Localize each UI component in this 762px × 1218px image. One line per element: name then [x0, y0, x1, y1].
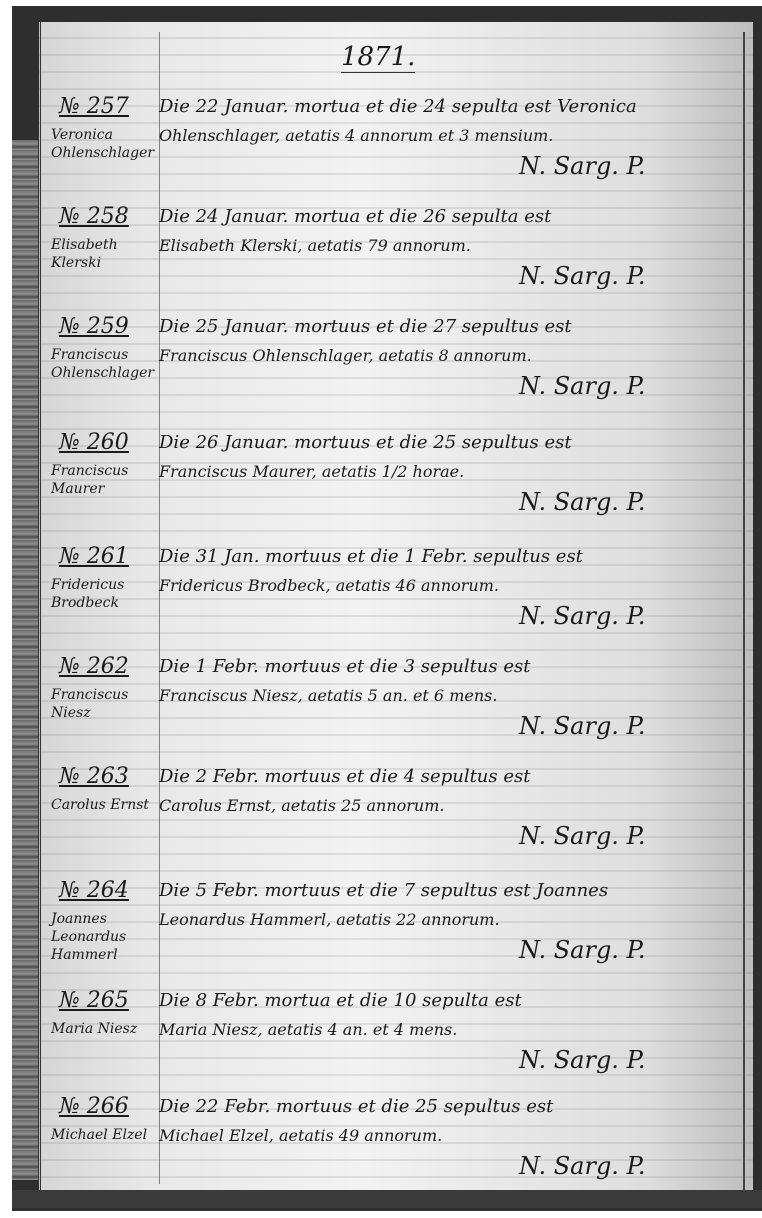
burial-entry: № 260 Die 26 Januar. mortuus et die 25 s…: [49, 430, 739, 530]
entry-signature: N. Sarg. P.: [519, 262, 645, 290]
burial-entry: № 263 Die 2 Febr. mortuus et die 4 sepul…: [49, 764, 739, 864]
burial-entry: № 266 Die 22 Febr. mortuus et die 25 sep…: [49, 1094, 739, 1194]
entry-line-1: Die 24 Januar. mortua et die 26 sepulta …: [159, 206, 551, 227]
burial-entry: № 261 Die 31 Jan. mortuus et die 1 Febr.…: [49, 544, 739, 644]
entry-line-2: Franciscus Maurer, aetatis 1/2 horae.: [159, 462, 464, 481]
entry-line-2: Leonardus Hammerl, aetatis 22 annorum.: [159, 910, 500, 929]
entry-line-2: Elisabeth Klerski, aetatis 79 annorum.: [159, 236, 471, 255]
entry-line-1: Die 25 Januar. mortuus et die 27 sepultu…: [159, 316, 572, 337]
entry-margin-name: Michael Elzel: [51, 1126, 151, 1144]
entry-line-1: Die 5 Febr. mortuus et die 7 sepultus es…: [159, 880, 608, 901]
entry-line-1: Die 22 Januar. mortua et die 24 sepulta …: [159, 96, 637, 117]
entry-line-1: Die 2 Febr. mortuus et die 4 sepultus es…: [159, 766, 530, 787]
entry-number: № 264: [59, 878, 129, 903]
entry-number: № 259: [59, 314, 129, 339]
entry-signature: N. Sarg. P.: [519, 372, 645, 400]
entry-margin-name: Joannes Leonardus Hammerl: [51, 910, 151, 964]
entry-line-2: Fridericus Brodbeck, aetatis 46 annorum.: [159, 576, 499, 595]
scan-bottom-edge: [12, 1190, 762, 1208]
entry-line-2: Ohlenschlager, aetatis 4 annorum et 3 me…: [159, 126, 553, 145]
entry-signature: N. Sarg. P.: [519, 488, 645, 516]
entry-number: № 263: [59, 764, 129, 789]
entry-line-2: Franciscus Ohlenschlager, aetatis 8 anno…: [159, 346, 532, 365]
entry-margin-name: Maria Niesz: [51, 1020, 151, 1038]
burial-entry: № 262 Die 1 Febr. mortuus et die 3 sepul…: [49, 654, 739, 754]
burial-entry: № 258 Die 24 Januar. mortua et die 26 se…: [49, 204, 739, 304]
entry-signature: N. Sarg. P.: [519, 1046, 645, 1074]
entry-number: № 265: [59, 988, 129, 1013]
register-page: 1871. № 257 Die 22 Januar. mortua et die…: [38, 22, 753, 1194]
entry-number: № 258: [59, 204, 129, 229]
entry-margin-name: Franciscus Ohlenschlager: [51, 346, 151, 382]
entry-line-2: Franciscus Niesz, aetatis 5 an. et 6 men…: [159, 686, 497, 705]
burial-entry: № 257 Die 22 Januar. mortua et die 24 se…: [49, 94, 739, 194]
entry-line-1: Die 22 Febr. mortuus et die 25 sepultus …: [159, 1096, 553, 1117]
entry-line-1: Die 31 Jan. mortuus et die 1 Febr. sepul…: [159, 546, 583, 567]
scan-edge-strip: [12, 140, 38, 1180]
burial-entry: № 259 Die 25 Januar. mortuus et die 27 s…: [49, 314, 739, 414]
entry-line-2: Michael Elzel, aetatis 49 annorum.: [159, 1126, 442, 1145]
entry-signature: N. Sarg. P.: [519, 152, 645, 180]
entry-line-2: Carolus Ernst, aetatis 25 annorum.: [159, 796, 444, 815]
entry-margin-name: Franciscus Maurer: [51, 462, 151, 498]
entry-number: № 261: [59, 544, 129, 569]
entry-line-1: Die 26 Januar. mortuus et die 25 sepultu…: [159, 432, 572, 453]
entry-margin-name: Fridericus Brodbeck: [51, 576, 151, 612]
entry-margin-name: Elisabeth Klerski: [51, 236, 151, 272]
entry-number: № 262: [59, 654, 129, 679]
burial-entry: № 264 Die 5 Febr. mortuus et die 7 sepul…: [49, 878, 739, 978]
entry-margin-name: Franciscus Niesz: [51, 686, 151, 722]
entry-signature: N. Sarg. P.: [519, 1152, 645, 1180]
burial-entry: № 265 Die 8 Febr. mortua et die 10 sepul…: [49, 988, 739, 1088]
entry-margin-name: Veronica Ohlenschlager: [51, 126, 151, 162]
entry-number: № 266: [59, 1094, 129, 1119]
entry-signature: N. Sarg. P.: [519, 602, 645, 630]
entry-line-2: Maria Niesz, aetatis 4 an. et 4 mens.: [159, 1020, 457, 1039]
entry-line-1: Die 1 Febr. mortuus et die 3 sepultus es…: [159, 656, 530, 677]
entry-signature: N. Sarg. P.: [519, 936, 645, 964]
entry-signature: N. Sarg. P.: [519, 822, 645, 850]
entry-number: № 260: [59, 430, 129, 455]
entry-margin-name: Carolus Ernst: [51, 796, 151, 814]
right-border-rule: [743, 32, 745, 1194]
page-year-heading: 1871.: [341, 42, 415, 73]
entry-signature: N. Sarg. P.: [519, 712, 645, 740]
entry-line-1: Die 8 Febr. mortua et die 10 sepulta est: [159, 990, 522, 1011]
entry-number: № 257: [59, 94, 129, 119]
